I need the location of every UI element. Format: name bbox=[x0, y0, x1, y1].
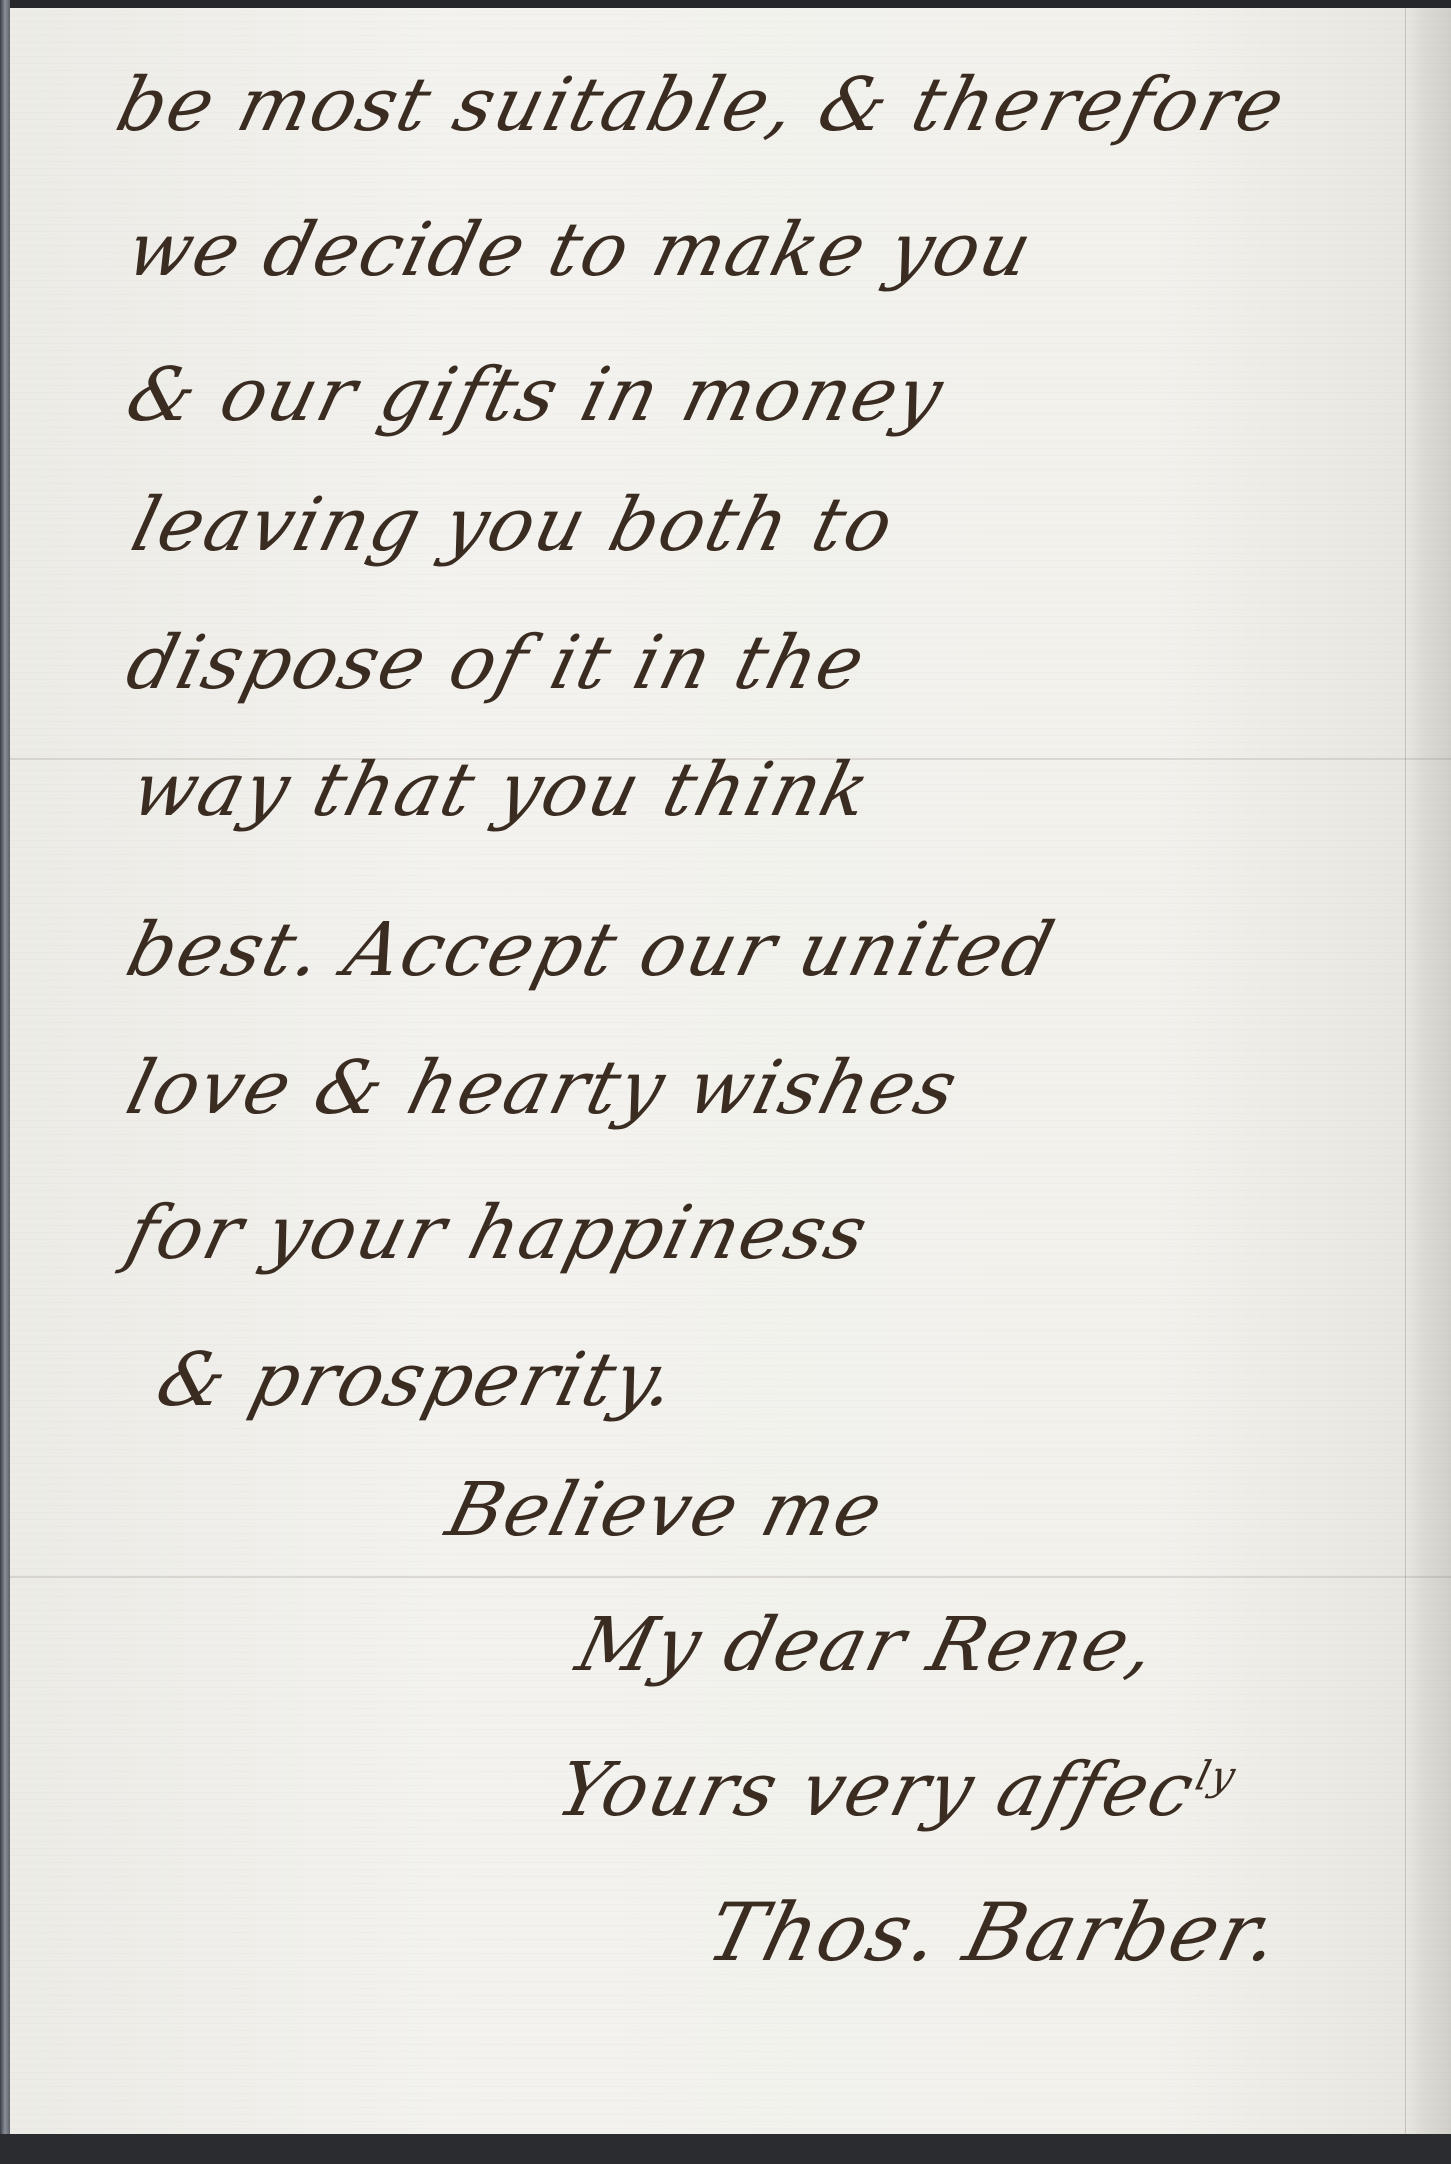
letter-page: be most suitable, & therefore we decide … bbox=[10, 8, 1451, 2136]
closing-yours: Yours very affecly bbox=[550, 1753, 1242, 1827]
closing-yours-text: Yours very affec bbox=[549, 1747, 1204, 1833]
letter-line-7: best. Accept our united bbox=[120, 913, 1062, 987]
letter-line-2: we decide to make you bbox=[120, 213, 1040, 287]
letter-line-4: leaving you both to bbox=[125, 488, 902, 562]
signature: Thos. Barber. bbox=[700, 1893, 1289, 1973]
letter-line-10: & prosperity. bbox=[150, 1343, 685, 1417]
letter-line-1: be most suitable, & therefore bbox=[110, 68, 1293, 142]
paper-fold-line bbox=[10, 1576, 1451, 1578]
letter-line-3: & our gifts in money bbox=[120, 358, 951, 432]
letter-line-6: way that you think bbox=[125, 753, 878, 827]
letter-line-8: love & hearty wishes bbox=[120, 1051, 966, 1125]
scan-left-border bbox=[0, 0, 10, 2164]
closing-salutation: My dear Rene, bbox=[570, 1608, 1164, 1682]
closing-believe-me: Believe me bbox=[440, 1473, 891, 1547]
letter-line-9: for your happiness bbox=[120, 1196, 876, 1270]
page-edge-shadow bbox=[1405, 8, 1451, 2136]
scan-bottom-border bbox=[0, 2134, 1451, 2164]
letter-line-5: dispose of it in the bbox=[120, 626, 873, 700]
